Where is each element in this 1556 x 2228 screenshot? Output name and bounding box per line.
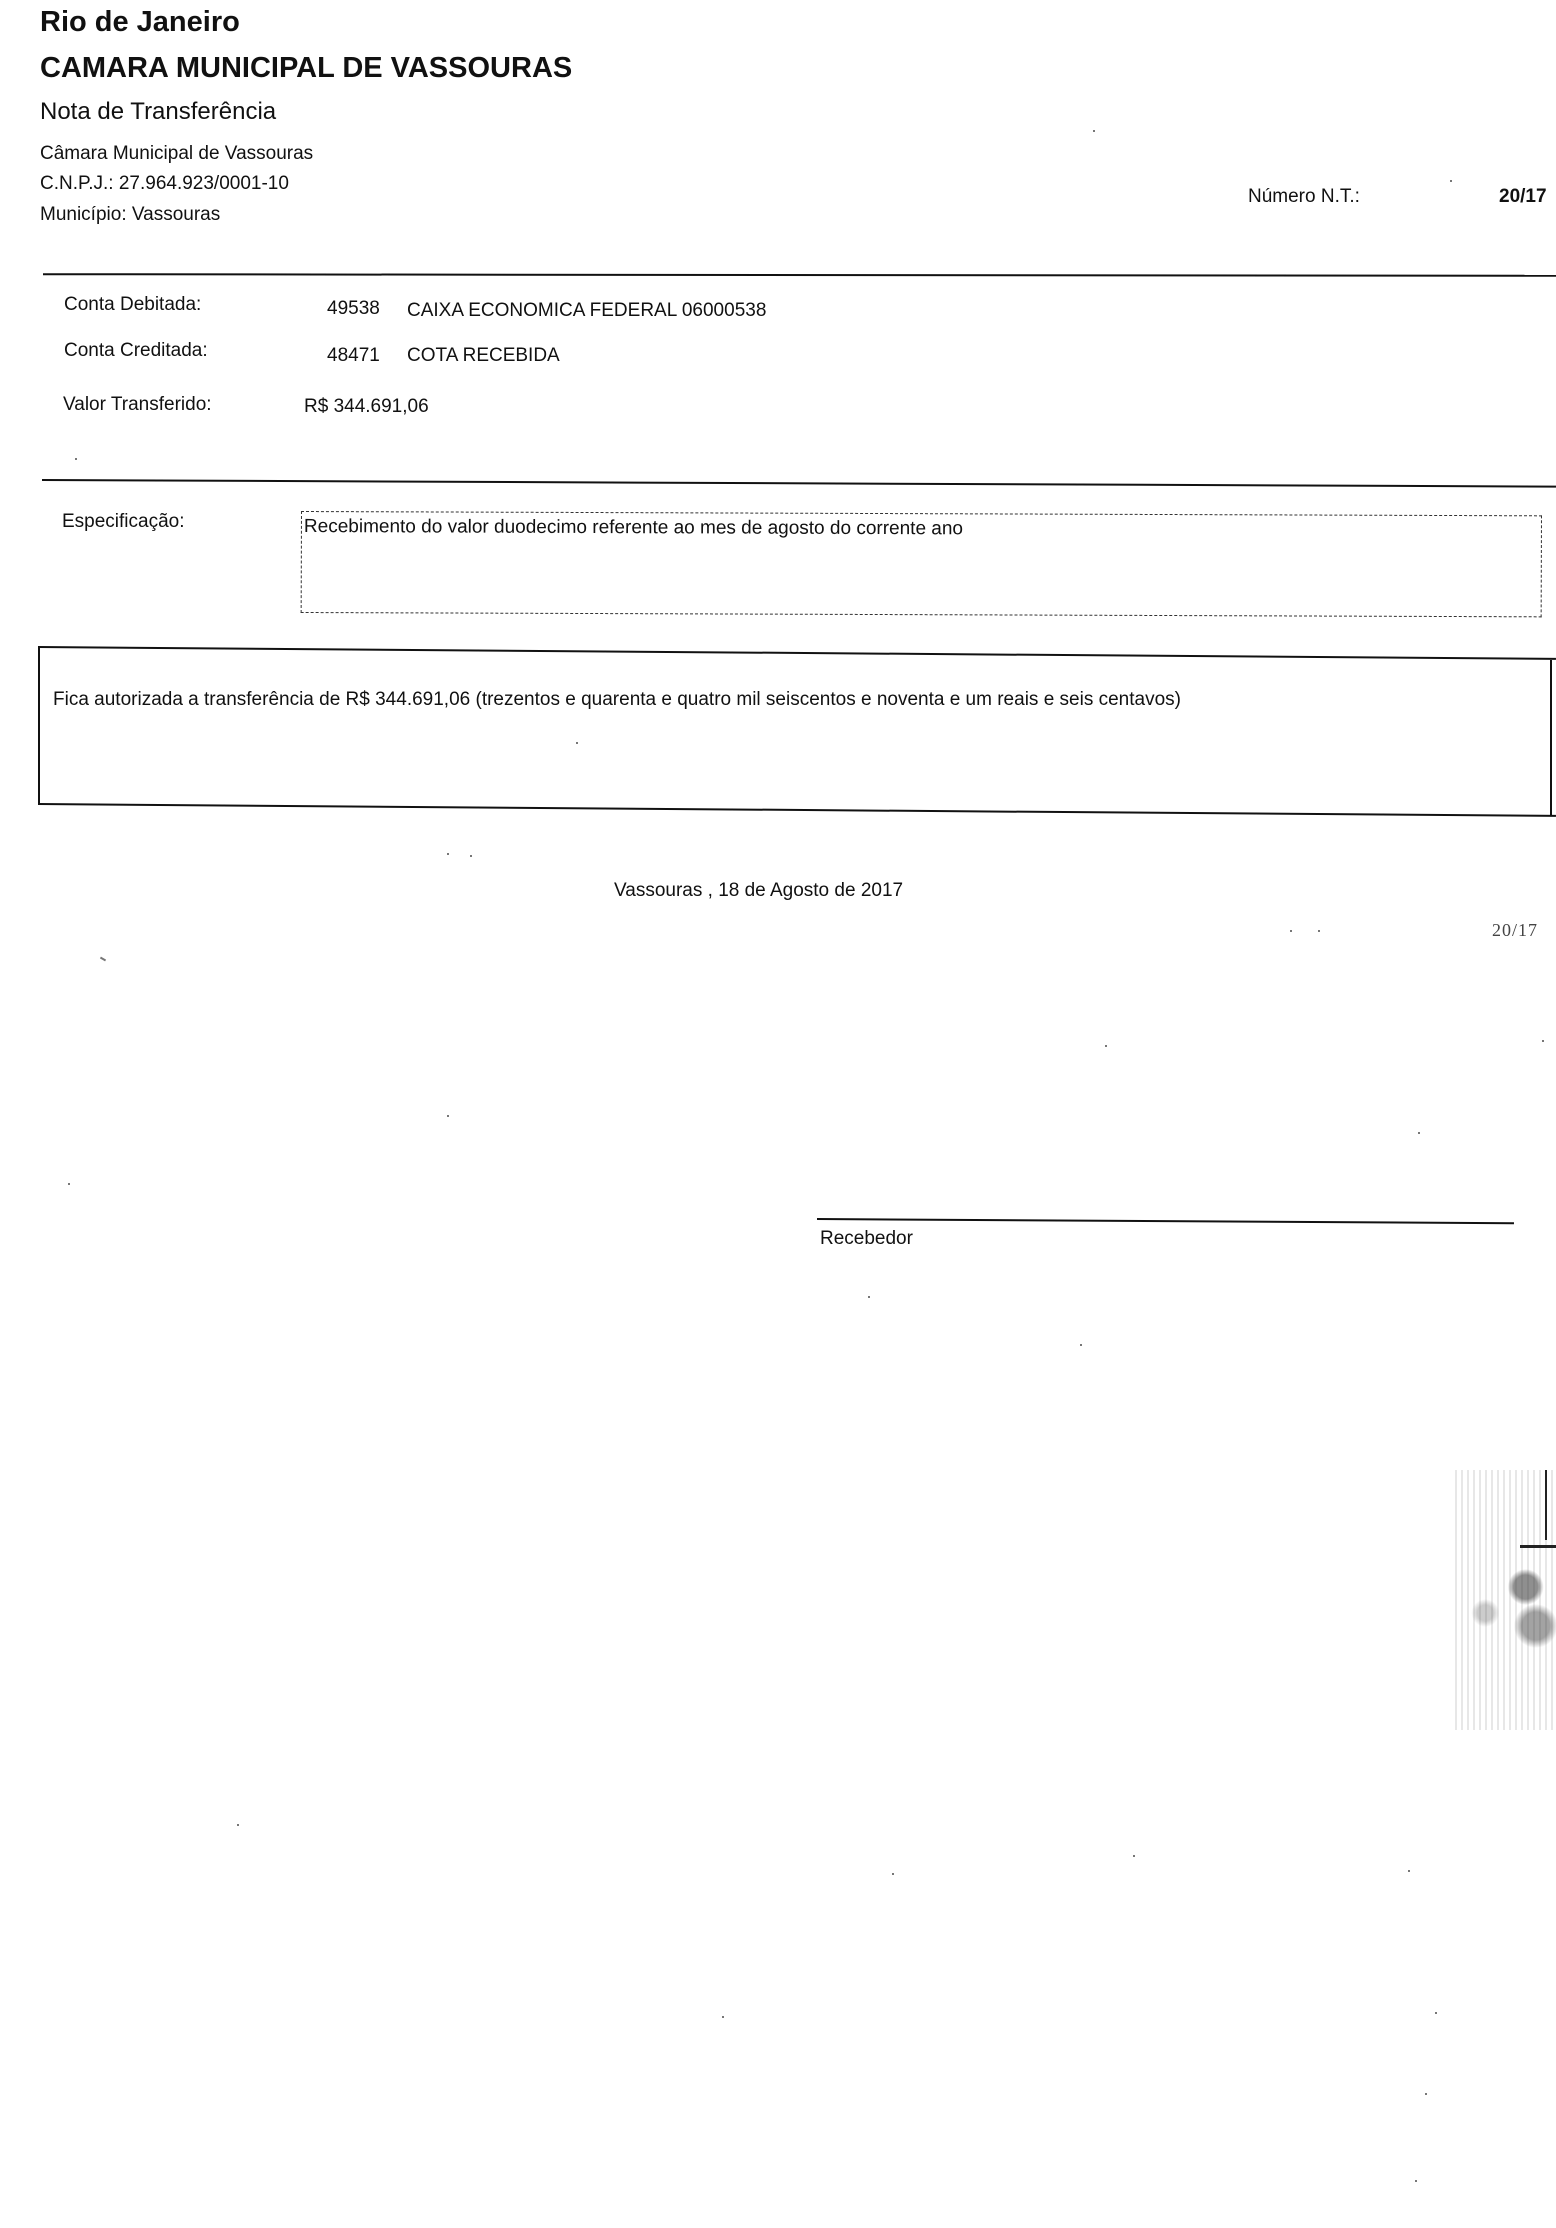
debit-account-label: Conta Debitada: <box>64 294 201 316</box>
document-type: Nota de Transferência <box>40 98 276 126</box>
scan-speck <box>447 853 449 855</box>
scan-speck <box>1093 130 1095 132</box>
scan-speck <box>237 1824 239 1826</box>
scan-speck <box>1425 2093 1427 2095</box>
stamp-scan-artifact <box>1455 1470 1556 1730</box>
amount-value: R$ 344.691,06 <box>304 396 429 418</box>
cnpj: C.N.P.J.: 27.964.923/0001-10 <box>40 173 289 195</box>
scan-speck <box>1418 1132 1420 1134</box>
amount-label: Valor Transferido: <box>63 394 212 416</box>
handwritten-number: 20/17 <box>1492 920 1538 941</box>
scan-speck <box>1318 930 1320 932</box>
specification-label: Especificação: <box>62 511 185 533</box>
scan-speck <box>447 1115 449 1117</box>
auth-box-left <box>38 646 40 804</box>
scan-speck <box>1080 1344 1082 1346</box>
entity-name: Câmara Municipal de Vassouras <box>40 143 313 165</box>
scan-speck <box>1450 180 1452 182</box>
state-title: Rio de Janeiro <box>40 6 240 39</box>
auth-box-right <box>1550 660 1552 815</box>
scan-speck <box>868 1296 870 1298</box>
credit-account-label: Conta Creditada: <box>64 340 208 362</box>
accounts-divider <box>42 479 1556 488</box>
municipality: Município: Vassouras <box>40 204 220 226</box>
nt-number-value: 20/17 <box>1499 186 1547 208</box>
header-divider <box>43 273 1556 277</box>
scan-speck <box>1290 930 1292 932</box>
scan-speck <box>470 855 472 857</box>
scan-speck <box>1435 2012 1437 2014</box>
specification-text: Recebimento do valor duodecimo referente… <box>304 516 963 540</box>
credit-account-name: COTA RECEBIDA <box>407 345 560 367</box>
institution-title: CAMARA MUNICIPAL DE VASSOURAS <box>40 52 572 85</box>
scan-speck <box>1105 1045 1107 1047</box>
auth-box-top <box>38 646 1556 660</box>
scan-speck <box>722 2016 724 2018</box>
debit-account-name: CAIXA ECONOMICA FEDERAL 06000538 <box>407 300 766 322</box>
credit-account-code: 48471 <box>327 345 380 367</box>
signature-line <box>817 1218 1514 1224</box>
scan-speck <box>1133 1855 1135 1857</box>
scan-speck <box>892 1873 894 1875</box>
specification-box: Recebimento do valor duodecimo referente… <box>301 511 1542 617</box>
stamp-line-horizontal <box>1520 1545 1556 1548</box>
debit-account-code: 49538 <box>327 298 380 320</box>
scan-speck <box>75 458 77 460</box>
scan-speck <box>100 957 106 962</box>
scan-speck <box>1542 1040 1544 1042</box>
signature-label: Recebedor <box>820 1228 913 1250</box>
scan-speck <box>68 1183 70 1185</box>
scan-speck <box>576 742 578 744</box>
nt-number-label: Número N.T.: <box>1248 186 1360 208</box>
scan-speck <box>1415 2180 1417 2182</box>
auth-box-bottom <box>38 803 1556 817</box>
scan-speck <box>1408 1870 1410 1872</box>
stamp-line-vertical <box>1545 1470 1547 1540</box>
place-date: Vassouras , 18 de Agosto de 2017 <box>614 880 903 902</box>
authorization-text: Fica autorizada a transferência de R$ 34… <box>53 689 1181 711</box>
